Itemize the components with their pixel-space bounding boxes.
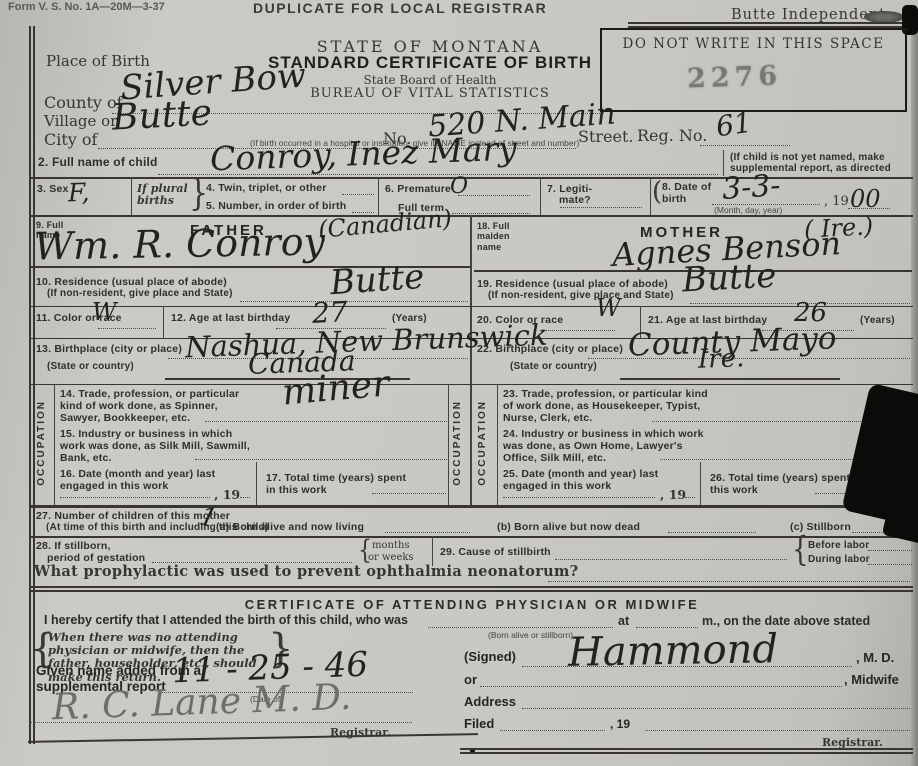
divider bbox=[163, 306, 164, 338]
brace: ( bbox=[652, 177, 662, 207]
bureau-title: BUREAU OF VITAL STATISTICS bbox=[255, 86, 605, 101]
occupation-side-label-right: OCCUPATION bbox=[452, 400, 463, 486]
divider bbox=[448, 384, 449, 505]
mother-birthplace-label: 22. Birthplace (city or place) bbox=[477, 343, 623, 355]
md-label: , M. D. bbox=[856, 650, 894, 665]
mother-occupation-side-label: OCCUPATION bbox=[477, 400, 488, 486]
rule bbox=[29, 306, 913, 307]
prophylactic-question: What prophylactic was used to prevent op… bbox=[34, 563, 578, 580]
divider bbox=[54, 384, 55, 505]
mother-residence-sublabel: (If non-resident, give place and State) bbox=[488, 290, 674, 302]
dotted-line bbox=[503, 497, 655, 498]
father-race-handwriting: W bbox=[92, 298, 117, 326]
divider bbox=[540, 177, 541, 215]
city-label: City of bbox=[44, 130, 97, 149]
father-trade-label: 14. Trade, profession, or particular kin… bbox=[60, 388, 258, 424]
divider bbox=[256, 462, 257, 505]
dotted-line bbox=[205, 421, 447, 422]
sex-label: 3. Sex bbox=[37, 183, 69, 195]
dotted-line bbox=[385, 532, 470, 533]
divider bbox=[432, 536, 433, 566]
father-occupation-side-label: OCCUPATION bbox=[36, 400, 47, 486]
rule bbox=[460, 752, 913, 754]
do-not-write-label: DO NOT WRITE IN THIS SPACE bbox=[602, 36, 905, 52]
dotted-line bbox=[372, 493, 446, 494]
mother-residence-handwriting: Butte bbox=[681, 256, 777, 301]
signature-line bbox=[620, 378, 840, 380]
divider bbox=[700, 462, 701, 505]
dotted-line bbox=[522, 708, 910, 709]
dotted-line bbox=[685, 497, 695, 498]
form-number: Form V. S. No. 1A—20M—3-37 bbox=[8, 1, 165, 13]
dotted-line bbox=[645, 730, 910, 731]
rule bbox=[29, 536, 913, 538]
sex-value-handwriting: F, bbox=[68, 178, 90, 208]
reg-no-label: Reg. No. bbox=[637, 126, 707, 145]
father-residence-label: 10. Residence (usual place of abode) bbox=[36, 276, 227, 288]
dob-label: 8. Date of birth bbox=[662, 181, 714, 205]
father-last-date-year-prefix: , 19 bbox=[214, 487, 240, 502]
mother-trade-label: 23. Trade, profession, or particular kin… bbox=[503, 388, 715, 424]
premature-label: 6. Premature bbox=[385, 183, 451, 195]
premature-value-handwriting: O bbox=[450, 174, 468, 199]
dotted-line bbox=[555, 559, 787, 560]
signed-label: (Signed) bbox=[464, 649, 516, 664]
mother-residence-label: 19. Residence (usual place of abode) bbox=[477, 278, 668, 290]
dotted-line bbox=[668, 532, 756, 533]
birth-certificate-scan: Form V. S. No. 1A—20M—3-37 DUPLICATE FOR… bbox=[0, 0, 918, 766]
dotted-line bbox=[848, 208, 890, 209]
certify-text: I hereby certify that I attended the bir… bbox=[44, 613, 408, 627]
months-label: months bbox=[372, 540, 410, 551]
rule bbox=[29, 384, 913, 385]
legitimate-label-2: mate? bbox=[559, 194, 591, 206]
child-name-handwriting: Conroy, Inez Mary bbox=[209, 129, 517, 179]
born-alive-living-label: (a) Born alive and now living bbox=[216, 521, 364, 533]
rule bbox=[29, 590, 913, 592]
dob-value-handwriting: 3-3- bbox=[721, 168, 782, 207]
dotted-line bbox=[342, 194, 374, 195]
filed-label: Filed bbox=[464, 716, 494, 731]
village-label: Village or bbox=[44, 112, 117, 130]
weeks-label: or weeks bbox=[368, 552, 414, 563]
dotted-line bbox=[240, 497, 250, 498]
mother-last-date-label: 25. Date (month and year) last engaged i… bbox=[503, 468, 685, 492]
dotted-line bbox=[868, 564, 912, 565]
dotted-line bbox=[30, 722, 412, 723]
dotted-line bbox=[428, 627, 613, 628]
heavy-rule bbox=[29, 505, 913, 508]
city-value-handwriting: Butte bbox=[111, 92, 213, 138]
stamp-number: 2276 bbox=[686, 60, 782, 94]
center-divider bbox=[470, 215, 472, 506]
cause-of-stillbirth-label: 29. Cause of stillbirth bbox=[440, 546, 551, 558]
dotted-line bbox=[548, 581, 910, 582]
board-title: State Board of Health bbox=[255, 73, 605, 87]
unnamed-note-line1: (If child is not yet named, make bbox=[730, 152, 885, 164]
born-alive-note: (Born alive or stillborn) bbox=[488, 631, 573, 640]
brace: { bbox=[792, 531, 809, 570]
rule bbox=[628, 22, 918, 24]
father-birthplace-label: 13. Birthplace (city or place) bbox=[36, 343, 182, 355]
father-name-handwriting: Wm. R. Conroy bbox=[34, 219, 326, 268]
father-birthplace-sublabel: (State or country) bbox=[47, 361, 134, 373]
stillborn-label-1: 28. If stillborn, bbox=[36, 540, 111, 552]
address-label: Address bbox=[464, 694, 516, 709]
dotted-line bbox=[560, 207, 642, 208]
dotted-line bbox=[195, 459, 447, 460]
divider bbox=[378, 177, 379, 215]
mother-last-date-year-prefix: , 19 bbox=[660, 487, 686, 502]
dotted-line bbox=[545, 330, 615, 331]
mother-name-label: 18. Full maiden name bbox=[477, 221, 519, 252]
dob-year-prefix: , 19 bbox=[824, 194, 849, 209]
dotted-line bbox=[480, 686, 842, 687]
midwife-label: , Midwife bbox=[844, 672, 899, 687]
divider bbox=[497, 384, 498, 505]
mother-country-handwriting: Ire. bbox=[697, 343, 744, 375]
born-alive-dead-label: (b) Born alive but now dead bbox=[497, 521, 640, 533]
dotted-line bbox=[868, 550, 912, 551]
certificate-title: STANDARD CERTIFICATE OF BIRTH bbox=[230, 53, 630, 73]
child-name-label: 2. Full name of child bbox=[38, 156, 158, 170]
during-labor-label: During labor bbox=[808, 554, 870, 566]
physician-certificate-title: CERTIFICATE OF ATTENDING PHYSICIAN OR MI… bbox=[30, 597, 914, 612]
dotted-line bbox=[700, 145, 790, 146]
mother-race-handwriting: W bbox=[596, 294, 621, 322]
duplicate-heading: DUPLICATE FOR LOCAL REGISTRAR bbox=[253, 0, 547, 16]
plural-births-label: If plural births bbox=[137, 183, 189, 207]
rule bbox=[460, 748, 913, 750]
dotted-line bbox=[500, 730, 605, 731]
filed-year-prefix: , 19 bbox=[610, 717, 630, 731]
signed-handwriting: Hammond bbox=[568, 626, 779, 676]
father-trade-handwriting: miner bbox=[280, 363, 391, 413]
dotted-line bbox=[588, 358, 910, 359]
dotted-line bbox=[98, 328, 156, 329]
at-label: at bbox=[618, 614, 629, 628]
street-label: Street. bbox=[578, 127, 634, 146]
do-not-write-box: DO NOT WRITE IN THIS SPACE 2276 bbox=[600, 28, 907, 112]
mother-age-unit: (Years) bbox=[860, 315, 895, 327]
dob-note: (Month, day, year) bbox=[714, 206, 782, 215]
scan-fold-line bbox=[28, 733, 478, 743]
certify-text-end: m., on the date above stated bbox=[702, 614, 870, 628]
father-last-date-label: 16. Date (month and year) last engaged i… bbox=[60, 468, 238, 492]
before-labor-label: Before labor bbox=[808, 540, 869, 552]
mother-birthplace-sublabel: (State or country) bbox=[510, 361, 597, 373]
father-age-label: 12. Age at last birthday bbox=[171, 312, 290, 324]
dotted-line bbox=[458, 195, 530, 196]
rule bbox=[29, 177, 913, 179]
dotted-line bbox=[452, 213, 530, 214]
father-residence-sublabel: (If non-resident, give place and State) bbox=[47, 288, 233, 300]
birth-order-label: 5. Number, in order of birth bbox=[206, 200, 346, 212]
twin-label: 4. Twin, triplet, or other bbox=[206, 182, 327, 194]
dotted-line bbox=[60, 497, 210, 498]
or-label: or bbox=[464, 672, 477, 687]
divider bbox=[131, 177, 132, 215]
rule bbox=[29, 586, 913, 588]
newspaper-name: Butte Independent bbox=[731, 7, 886, 23]
